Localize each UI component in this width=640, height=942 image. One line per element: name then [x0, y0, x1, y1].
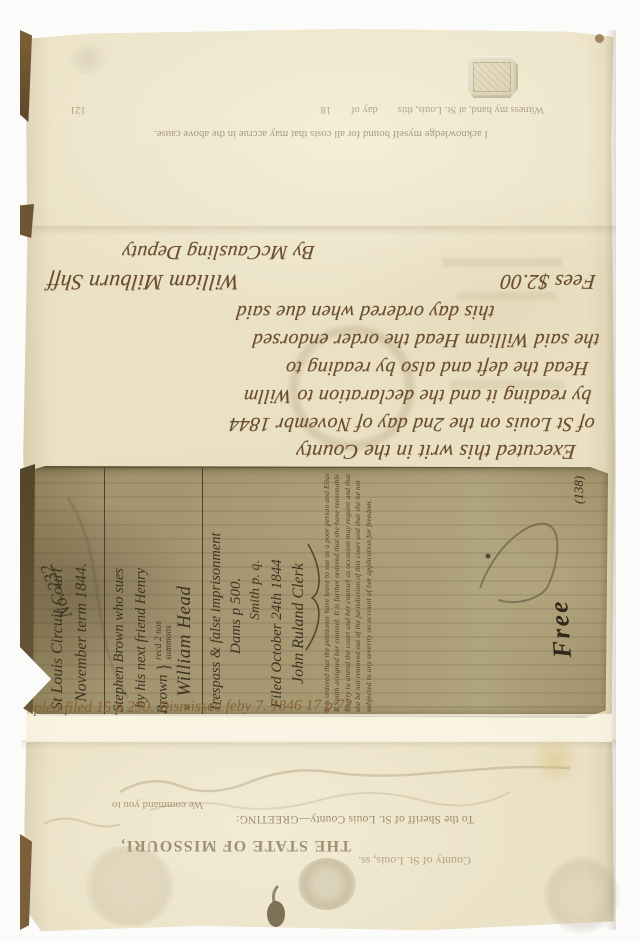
- filed-date: Filed October 24th 1844: [266, 468, 288, 716]
- docket-rule: [104, 468, 105, 716]
- return-line: Executed this writ in the County: [24, 438, 577, 466]
- return-line: by reading it and the declaration to Wil…: [30, 382, 593, 410]
- page-reference: (138): [571, 476, 587, 504]
- return-line: this day ordered when due said: [39, 298, 496, 326]
- stain-dot: [595, 34, 604, 43]
- summons-note-line: recd 2 nos: [153, 621, 163, 660]
- printed-greeting-line: To the Sheriff of St. Louis County—GREET…: [236, 813, 474, 825]
- free-annotation: Free: [544, 598, 578, 658]
- plea-dismissal-note: plea filed 15 p 290. Dismissed feby 7. 1…: [34, 697, 352, 718]
- docket-caption: No. 232 St Louis Circuit Court November …: [46, 468, 104, 716]
- printed-state-heading: THE STATE OF MISSOURI,: [120, 836, 351, 854]
- docket-band: No. 232 St Louis Circuit Court November …: [28, 466, 608, 718]
- summons-note: recd 2 nos summons: [153, 621, 173, 660]
- attorney-note: Smith p. q.: [246, 468, 266, 716]
- plaintiff-line: by his next friend Henry: [130, 468, 152, 716]
- return-line: the said William Head the order endorsed: [36, 326, 601, 354]
- sheriff-return-handwriting: Executed this writ in the County of St L…: [24, 238, 614, 466]
- printed-form-costs-line: I acknowledge myself bound for all costs…: [78, 128, 564, 140]
- damages-claim: Dams p 500.: [226, 468, 246, 716]
- docket-action: Trespass & false imprisonment Dams p 500…: [206, 468, 264, 716]
- defendant-line: v William Head: [174, 468, 197, 716]
- round-stain: [84, 846, 176, 926]
- sheriff-signature: William Milburn Shff: [46, 268, 241, 296]
- pauper-order-text: It is ordered that the petitioner have l…: [322, 472, 404, 716]
- embossed-seal-icon: [466, 56, 518, 98]
- year-text: 18: [321, 104, 332, 115]
- docket-parties: Stephen Brown who sues by his next frien…: [108, 468, 200, 716]
- printed-command-line: We command you to: [112, 799, 203, 811]
- docket-rule: [202, 468, 203, 716]
- court-term: November term 1844.: [70, 468, 94, 716]
- yellow-stain: [528, 738, 582, 782]
- round-stain: [544, 856, 620, 934]
- clerk-signature: John Ruland Clerk: [288, 468, 310, 716]
- embossed-seal-pattern: [473, 62, 511, 92]
- day-of-text: day of: [351, 104, 378, 115]
- signature-row: Fees $2.00 William Milburn Shff: [42, 266, 611, 298]
- fee-note: Fees $2.00: [499, 268, 597, 296]
- deputy-signature: By McCausling Deputy: [45, 238, 316, 266]
- witness-text: Witness my hand, at St. Louis, this: [398, 104, 544, 115]
- brace-mark: }: [152, 663, 174, 672]
- summons-note-line: summons: [163, 625, 173, 660]
- printed-form-witness-line: Witness my hand, at St. Louis, this day …: [70, 104, 544, 115]
- plaintiff-line: Brown } recd 2 nos summons: [152, 468, 174, 716]
- cause-of-action: Trespass & false imprisonment: [206, 468, 226, 716]
- paper-tear: [20, 834, 32, 930]
- document-scan: Witness my hand, at St. Louis, this day …: [0, 0, 640, 942]
- plaintiff-line: Stephen Brown who sues: [108, 468, 130, 716]
- light-fold-strip: [26, 714, 612, 742]
- defendant-name: William Head: [174, 586, 196, 697]
- fold-crease-top: [22, 226, 616, 235]
- docket-band-rotated-content: No. 232 St Louis Circuit Court November …: [28, 468, 608, 716]
- return-line: Head the deft and also by reading to: [33, 354, 590, 382]
- paper-smudge: [64, 44, 112, 74]
- form-page-number: 121: [70, 104, 86, 115]
- return-line: of St Louis on the 2nd day of Novembr 18…: [27, 410, 596, 438]
- round-stain: [298, 858, 356, 910]
- printed-county-line: County of St. Louis, ss.: [358, 853, 471, 868]
- docket-filing: Filed October 24th 1844 John Ruland Cler…: [266, 468, 320, 716]
